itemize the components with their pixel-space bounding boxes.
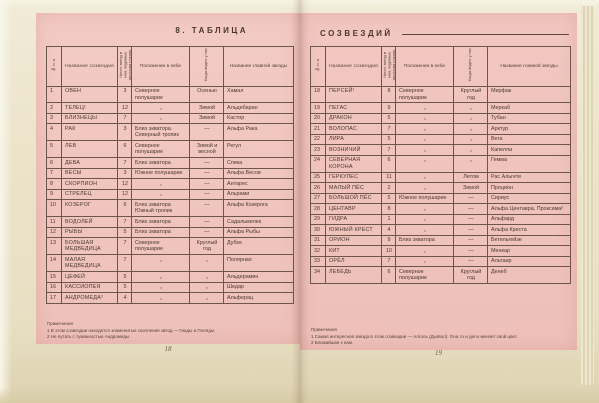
cell-n: 28 [311, 204, 326, 214]
cell-star: Бетельгейзе [488, 235, 571, 245]
cell-name: ЦЕФЕЙ [62, 272, 118, 282]
cell-name: ТЕЛЕЦ¹ [62, 103, 118, 113]
cell-stars: 7 [382, 124, 396, 134]
cell-pos: „ [132, 103, 190, 113]
table-row: 26МАЛЫЙ ПЁС2„ЗимойПроцион [311, 183, 571, 193]
cell-pos: „ [132, 255, 190, 272]
cell-pos: Близ экватора. Северный тропик [132, 124, 190, 141]
cell-n: 15 [47, 272, 62, 282]
cell-when: Зимой [454, 183, 488, 193]
table-row: 9СТРЕЛЕЦ12„—Альрами [47, 189, 294, 199]
cell-star: Полярная [224, 255, 294, 272]
table-row: 7ВЕСЫ3Южное полушарие—Альфа Весов [47, 168, 294, 178]
cell-when: Зимой [190, 103, 224, 113]
cell-pos: „ [396, 155, 454, 172]
cell-star: Денеб [488, 267, 571, 284]
cell-pos: „ [396, 103, 454, 113]
table-row: 13БОЛЬШАЯ МЕДВЕДИЦА7Северное полушариеКр… [47, 238, 294, 255]
cell-star: Рас Альгете [488, 172, 571, 182]
cell-n: 5 [47, 141, 62, 158]
cell-when: „ [190, 272, 224, 282]
cell-name: КАССИОПЕЯ [62, 282, 118, 292]
table-row: 27БОЛЬШОЙ ПЁС5Южное полушарие—Сириус [311, 193, 571, 203]
cell-name: КИТ [326, 246, 382, 256]
cell-when: — [190, 200, 224, 217]
table-row: 17АНДРОМЕДА²4„„Альферац [47, 293, 294, 303]
cell-name: МАЛЫЙ ПЁС [326, 183, 382, 193]
cell-pos: Северное полушарие [396, 267, 454, 284]
cell-stars: 1 [382, 214, 396, 224]
cell-star: Альфа Рыбы [224, 227, 294, 237]
cell-star: Альфа Рака [224, 124, 294, 141]
page-title-row-right: СОЗВЕЗДИЙ [320, 29, 569, 38]
cell-when: „ [190, 282, 224, 292]
cell-n: 12 [47, 227, 62, 237]
cell-pos: „ [396, 134, 454, 144]
table-row: 5ЛЕВ6Северное полушариеЗимой и веснойРег… [47, 141, 294, 158]
cell-name: БОЛЬШОЙ ПЁС [326, 193, 382, 203]
cell-stars: 7 [118, 238, 132, 255]
cell-n: 2 [47, 103, 62, 113]
cell-when: „ [454, 113, 488, 123]
cell-pos: „ [396, 124, 454, 134]
cell-pos: „ [132, 282, 190, 292]
table-row: 29ГИДРА1„—Альфард [311, 214, 571, 224]
cell-n: 16 [47, 282, 62, 292]
cell-when: Круглый год [190, 238, 224, 255]
cell-star: Альтаир [488, 256, 571, 266]
constellation-table-left: № п. п. Название созвездия Число звёзд в… [46, 46, 294, 304]
cell-stars: 7 [118, 217, 132, 227]
column-header-position: Положение в небе [132, 47, 190, 87]
cell-n: 14 [47, 255, 62, 272]
cell-star: Альфард [488, 214, 571, 224]
title-rule [402, 34, 569, 35]
table-row: 20ДРАКОН5„„Тубан [311, 113, 571, 123]
cell-pos: Южное полушарие [396, 193, 454, 203]
cell-n: 6 [47, 158, 62, 168]
cell-n: 1 [47, 86, 62, 103]
cell-stars: 8 [382, 86, 396, 103]
cell-pos: Северное полушарие [132, 86, 190, 103]
cell-n: 19 [311, 103, 326, 113]
cell-name: ОВЕН [62, 86, 118, 103]
cell-pos: „ [396, 172, 454, 182]
cell-stars: 9 [382, 235, 396, 245]
notes-heading: Примечания [311, 327, 555, 333]
cell-name: ВОЛОПАС [326, 124, 382, 134]
cell-pos: „ [396, 145, 454, 155]
cell-stars: 7 [118, 255, 132, 272]
cell-name: ГЕРКУЛЕС [326, 172, 382, 182]
cell-n: 9 [47, 189, 62, 199]
cell-n: 17 [47, 293, 62, 303]
cell-name: ДЕВА [62, 158, 118, 168]
cell-name: ЦЕНТАВР [326, 204, 382, 214]
cell-stars: 3 [118, 86, 132, 103]
cell-pos: Южное полушарие [132, 168, 190, 178]
cell-name: КОЗЕРОГ [62, 200, 118, 217]
cell-star: Альферац [224, 293, 294, 303]
column-header-main-star: Название главной звезды [488, 47, 571, 87]
cell-name: РЫБЫ [62, 227, 118, 237]
page-number-right: 19 [300, 349, 577, 357]
column-header-num: № п. п. [47, 47, 62, 87]
cell-name: ВОЗНИЧИЙ [326, 145, 382, 155]
cell-star: Альфа Центавра, Проксима² [488, 204, 571, 214]
table-row: 33ОРЁЛ7„—Альтаир [311, 256, 571, 266]
header-row: № п. п. Название созвездия Число звёзд в… [47, 47, 294, 87]
cell-star: Мирфак [488, 86, 571, 103]
cell-n: 30 [311, 225, 326, 235]
column-header-position: Положение в небе [396, 47, 454, 87]
cell-n: 8 [47, 179, 62, 189]
column-header-name: Название созвездия [326, 47, 382, 87]
cell-n: 34 [311, 267, 326, 284]
cell-name: РАК [62, 124, 118, 141]
page-title-right: СОЗВЕЗДИЙ [320, 29, 393, 38]
table-row: 6ДЕВА7Близ экватора—Спика [47, 158, 294, 168]
notes-left: Примечания 1 В этом созвездии находятся … [47, 321, 278, 340]
table-row: 34ЛЕБЕДЬ6Северное полушариеКруглый годДе… [311, 267, 571, 284]
cell-star: Регул [224, 141, 294, 158]
cell-star: Сириус [488, 193, 571, 203]
cell-star: Вега [488, 134, 571, 144]
cell-pos: „ [396, 204, 454, 214]
table-header-left: № п. п. Название созвездия Число звёзд в… [47, 47, 294, 87]
cell-n: 21 [311, 124, 326, 134]
cell-name: МАЛАЯ МЕДВЕДИЦА [62, 255, 118, 272]
cell-n: 13 [47, 238, 62, 255]
cell-star: Садальмелек [224, 217, 294, 227]
cell-star: Альфа Весов [224, 168, 294, 178]
cell-when: — [454, 214, 488, 224]
cell-n: 3 [47, 113, 62, 123]
header-row: № п. п. Название созвездия Число звёзд в… [311, 47, 571, 87]
cell-pos: „ [132, 113, 190, 123]
cell-name: ЮЖНЫЙ КРЕСТ [326, 225, 382, 235]
cell-when: — [190, 179, 224, 189]
cell-name: ДРАКОН [326, 113, 382, 123]
column-header-when: Когда видно у нас [190, 47, 224, 87]
cell-when: — [454, 235, 488, 245]
cell-star: Шедар [224, 282, 294, 292]
cell-stars: 5 [382, 134, 396, 144]
table-row: 4РАК3Близ экватора. Северный тропик—Альф… [47, 124, 294, 141]
cell-star: Альрами [224, 189, 294, 199]
cell-stars: 6 [382, 155, 396, 172]
cell-n: 33 [311, 256, 326, 266]
cell-star: Капелла [488, 145, 571, 155]
cell-stars: 12 [118, 103, 132, 113]
cell-pos: Северное полушарие [132, 141, 190, 158]
cell-star: Альфа Козерога [224, 200, 294, 217]
column-header-name: Название созвездия [62, 47, 118, 87]
cell-pos: „ [396, 113, 454, 123]
table-row: 3БЛИЗНЕЦЫ7„ЗимойКастор [47, 113, 294, 123]
table-body-left: 1ОВЕН3Северное полушариеОсеньюХамал2ТЕЛЕ… [47, 86, 294, 303]
cell-n: 11 [47, 217, 62, 227]
cell-star: Альдерамин [224, 272, 294, 282]
cell-pos: Близ экватора [396, 235, 454, 245]
cell-name: ЛИРА [326, 134, 382, 144]
table-row: 23ВОЗНИЧИЙ7„„Капелла [311, 145, 571, 155]
cell-when: „ [454, 134, 488, 144]
page-number-left: 18 [36, 345, 300, 353]
cell-name: СКОРПИОН [62, 179, 118, 189]
book-spread: 8. ТАБЛИЦА № п. п. Название созвездия Чи… [0, 0, 599, 403]
cell-pos: Близ экватора [132, 158, 190, 168]
table-row: 24СЕВЕРНАЯ КОРОНА6„„Гемма [311, 155, 571, 172]
column-header-when: Когда видно у нас [454, 47, 488, 87]
cell-when: — [190, 189, 224, 199]
cell-when: „ [454, 103, 488, 113]
cell-pos: „ [132, 179, 190, 189]
cell-when: Летом [454, 172, 488, 182]
table-row: 30ЮЖНЫЙ КРЕСТ4„—Альфа Креста [311, 225, 571, 235]
cell-star: Меркаб [488, 103, 571, 113]
cell-stars: 2 [382, 183, 396, 193]
cell-name: ОРИОН [326, 235, 382, 245]
cell-n: 24 [311, 155, 326, 172]
cell-n: 10 [47, 200, 62, 217]
table-row: 32КИТ10„—Менкар [311, 246, 571, 256]
cell-stars: 5 [382, 193, 396, 203]
table-row: 16КАССИОПЕЯ5„„Шедар [47, 282, 294, 292]
cell-n: 7 [47, 168, 62, 178]
table-row: 11ВОДОЛЕЙ7Близ экватора—Садальмелек [47, 217, 294, 227]
table-row: 25ГЕРКУЛЕС11„ЛетомРас Альгете [311, 172, 571, 182]
cell-stars: 3 [118, 168, 132, 178]
cell-star: Арктур [488, 124, 571, 134]
table-row: 12РЫБЫ5Близ экватора—Альфа Рыбы [47, 227, 294, 237]
cell-when: Зимой и весной [190, 141, 224, 158]
cell-stars: 3 [118, 124, 132, 141]
cell-star: Менкар [488, 246, 571, 256]
cell-when: — [190, 227, 224, 237]
table-row: 19ПЕГАС9„„Меркаб [311, 103, 571, 113]
cell-when: — [190, 168, 224, 178]
column-header-stars: Число звёзд в нём, видимых простым глазо… [382, 47, 396, 87]
cell-star: Альдебаран [224, 103, 294, 113]
cell-name: БЛИЗНЕЦЫ [62, 113, 118, 123]
cell-star: Спика [224, 158, 294, 168]
column-header-main-star: Название главной звезды [224, 47, 294, 87]
cell-stars: 9 [382, 103, 396, 113]
cell-stars: 8 [382, 204, 396, 214]
constellation-table-right: № п. п. Название созвездия Число звёзд в… [310, 46, 571, 284]
cell-stars: 6 [382, 267, 396, 284]
cell-stars: 11 [382, 172, 396, 182]
cell-when: „ [190, 255, 224, 272]
cell-pos: „ [396, 256, 454, 266]
cell-stars: 7 [118, 158, 132, 168]
cell-n: 23 [311, 145, 326, 155]
cell-n: 31 [311, 235, 326, 245]
cell-when: — [190, 158, 224, 168]
cell-when: Осенью [190, 86, 224, 103]
cell-when: „ [454, 145, 488, 155]
cell-stars: 4 [382, 225, 396, 235]
cell-name: БОЛЬШАЯ МЕДВЕДИЦА [62, 238, 118, 255]
cell-when: Круглый год [454, 267, 488, 284]
paper-edge-left [0, 0, 12, 403]
cell-n: 32 [311, 246, 326, 256]
cell-pos: „ [396, 225, 454, 235]
cell-n: 20 [311, 113, 326, 123]
cell-stars: 5 [118, 227, 132, 237]
table-row: 8СКОРПИОН12„—Антарес [47, 179, 294, 189]
cell-stars: 7 [118, 113, 132, 123]
cell-star: Гемма [488, 155, 571, 172]
cell-star: Кастор [224, 113, 294, 123]
cell-star: Дубхе [224, 238, 294, 255]
gutter-shadow [291, 0, 309, 403]
cell-name: ВЕСЫ [62, 168, 118, 178]
cell-when: Зимой [190, 113, 224, 123]
cell-name: ГИДРА [326, 214, 382, 224]
cell-pos: „ [132, 189, 190, 199]
cell-name: СТРЕЛЕЦ [62, 189, 118, 199]
cell-n: 4 [47, 124, 62, 141]
cell-when: — [454, 204, 488, 214]
cell-stars: 5 [118, 272, 132, 282]
table-row: 31ОРИОН9Близ экватора—Бетельгейзе [311, 235, 571, 245]
page-edge-stack [581, 6, 594, 385]
cell-when: „ [190, 293, 224, 303]
cell-stars: 6 [118, 200, 132, 217]
cell-star: Альфа Креста [488, 225, 571, 235]
cell-stars: 12 [118, 179, 132, 189]
table-header-right: № п. п. Название созвездия Число звёзд в… [311, 47, 571, 87]
cell-name: ЛЕБЕДЬ [326, 267, 382, 284]
table-row: 10КОЗЕРОГ6Близ экватора Южный тропик—Аль… [47, 200, 294, 217]
cell-name: ПЕГАС [326, 103, 382, 113]
page-title-left: 8. ТАБЛИЦА [175, 26, 248, 35]
cell-stars: 7 [382, 145, 396, 155]
cell-pos: „ [396, 246, 454, 256]
note-item: 2 Не путать с туманностью Андромеды. [47, 334, 278, 340]
cell-stars: 4 [118, 293, 132, 303]
table-wrap-left: № п. п. Название созвездия Число звёзд в… [46, 46, 294, 304]
table-row: 14МАЛАЯ МЕДВЕДИЦА7„„Полярная [47, 255, 294, 272]
cell-when: — [454, 246, 488, 256]
table-body-right: 18ПЕРСЕЙ¹8Северное полушариеКруглый годМ… [311, 86, 571, 284]
cell-pos: „ [396, 214, 454, 224]
cell-n: 26 [311, 183, 326, 193]
cell-n: 29 [311, 214, 326, 224]
cell-name: ПЕРСЕЙ¹ [326, 86, 382, 103]
cell-when: — [190, 124, 224, 141]
table-row: 2ТЕЛЕЦ¹12„ЗимойАльдебаран [47, 103, 294, 113]
cell-pos: „ [396, 183, 454, 193]
table-row: 22ЛИРА5„„Вега [311, 134, 571, 144]
notes-right: Примечания 1 Самая интересная звезда в э… [311, 327, 555, 346]
cell-stars: 5 [382, 113, 396, 123]
table-row: 1ОВЕН3Северное полушариеОсеньюХамал [47, 86, 294, 103]
cell-when: „ [454, 155, 488, 172]
table-row: 21ВОЛОПАС7„„Арктур [311, 124, 571, 134]
cell-name: СЕВЕРНАЯ КОРОНА [326, 155, 382, 172]
cell-n: 25 [311, 172, 326, 182]
cell-n: 18 [311, 86, 326, 103]
cell-stars: 7 [382, 256, 396, 266]
table-row: 15ЦЕФЕЙ5„„Альдерамин [47, 272, 294, 282]
cell-name: ВОДОЛЕЙ [62, 217, 118, 227]
cell-stars: 6 [118, 141, 132, 158]
cell-star: Тубан [488, 113, 571, 123]
notes-heading: Примечания [47, 321, 278, 327]
table-wrap-right: № п. п. Название созвездия Число звёзд в… [310, 46, 571, 284]
cell-name: ОРЁЛ [326, 256, 382, 266]
page-right: СОЗВЕЗДИЙ № п. п. Название созвездия Чис… [300, 13, 577, 350]
cell-star: Процион [488, 183, 571, 193]
column-header-stars: Число звёзд в нём, видимых простым глазо… [118, 47, 132, 87]
cell-when: — [454, 193, 488, 203]
note-item: 2 Ближайшая к нам. [311, 340, 555, 346]
cell-when: „ [454, 124, 488, 134]
cell-pos: Северное полушарие [396, 86, 454, 103]
column-header-num: № п. п. [311, 47, 326, 87]
page-left: 8. ТАБЛИЦА № п. п. Название созвездия Чи… [36, 13, 300, 344]
cell-stars: 10 [382, 246, 396, 256]
cell-star: Антарес [224, 179, 294, 189]
cell-pos: Близ экватора [132, 227, 190, 237]
cell-when: — [454, 256, 488, 266]
cell-pos: „ [132, 272, 190, 282]
cell-when: — [454, 225, 488, 235]
cell-n: 27 [311, 193, 326, 203]
cell-when: — [190, 217, 224, 227]
cell-when: Круглый год [454, 86, 488, 103]
cell-name: ЛЕВ [62, 141, 118, 158]
table-row: 28ЦЕНТАВР8„—Альфа Центавра, Проксима² [311, 204, 571, 214]
table-row: 18ПЕРСЕЙ¹8Северное полушариеКруглый годМ… [311, 86, 571, 103]
cell-pos: Северное полушарие [132, 238, 190, 255]
cell-n: 22 [311, 134, 326, 144]
cell-stars: 5 [118, 282, 132, 292]
cell-star: Хамал [224, 86, 294, 103]
cell-stars: 12 [118, 189, 132, 199]
cell-pos: Близ экватора Южный тропик [132, 200, 190, 217]
cell-pos: „ [132, 293, 190, 303]
cell-pos: Близ экватора [132, 217, 190, 227]
cell-name: АНДРОМЕДА² [62, 293, 118, 303]
